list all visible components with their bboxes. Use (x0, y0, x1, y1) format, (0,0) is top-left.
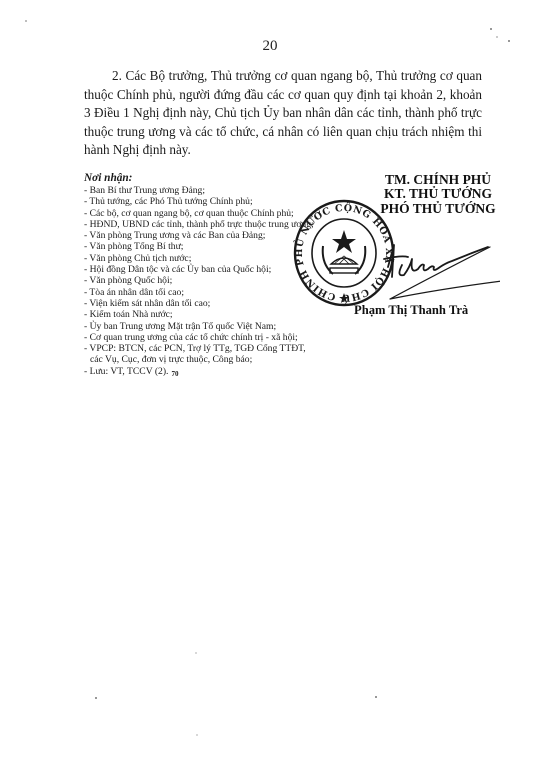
recipient-item: - HĐND, UBND các tỉnh, thành phố trực th… (84, 219, 324, 230)
recipient-item: - Văn phòng Chủ tịch nước; (84, 253, 324, 264)
recipient-item: - Ủy ban Trung ương Mặt trận Tổ quốc Việ… (84, 321, 324, 332)
scan-speck (496, 36, 498, 38)
body-paragraph: 2. Các Bộ trưởng, Thủ trưởng cơ quan nga… (84, 67, 482, 160)
handwritten-note: 70 (171, 370, 178, 378)
archive-text: - Lưu: VT, TCCV (2). (84, 366, 168, 377)
scan-speck (95, 697, 97, 699)
archive-line: - Lưu: VT, TCCV (2).70 (84, 366, 324, 380)
recipient-item: - Văn phòng Tổng Bí thư; (84, 241, 324, 252)
recipient-item: - Viện kiểm sát nhân dân tối cao; (84, 298, 324, 309)
recipient-item: - VPCP: BTCN, các PCN, Trợ lý TTg, TGĐ C… (84, 343, 324, 354)
recipients-list: Nơi nhận: - Ban Bí thư Trung ương Đảng; … (84, 172, 324, 380)
recipients-heading: Nơi nhận: (84, 172, 324, 184)
body-paragraph-text: 2. Các Bộ trưởng, Thủ trưởng cơ quan nga… (84, 68, 482, 157)
recipient-item: - Văn phòng Quốc hội; (84, 275, 324, 286)
page-number: 20 (0, 38, 540, 55)
recipient-item: - Tòa án nhân dân tối cao; (84, 287, 324, 298)
scan-speck (508, 40, 510, 42)
scan-speck (196, 734, 198, 736)
recipient-item-continuation: các Vụ, Cục, đơn vị trực thuộc, Công báo… (84, 354, 324, 365)
scan-speck (25, 20, 27, 22)
recipient-item: - Văn phòng Trung ương và các Ban của Đả… (84, 230, 324, 241)
scan-speck (195, 652, 197, 654)
handwritten-signature-icon (380, 237, 500, 307)
recipient-item: - Các bộ, cơ quan ngang bộ, cơ quan thuộ… (84, 208, 324, 219)
signer-name: Phạm Thị Thanh Trà (354, 303, 468, 318)
recipient-item: - Thủ tướng, các Phó Thủ tướng Chính phủ… (84, 196, 324, 207)
recipient-item: - Ban Bí thư Trung ương Đảng; (84, 185, 324, 196)
signature-title-line1: TM. CHÍNH PHỦ (362, 173, 514, 187)
recipient-item: - Cơ quan trung ương của các tổ chức chí… (84, 332, 324, 343)
scan-speck (490, 28, 492, 30)
scan-speck (375, 696, 377, 698)
recipient-item: - Hội đồng Dân tộc và các Ủy ban của Quố… (84, 264, 324, 275)
recipient-item: - Kiểm toán Nhà nước; (84, 309, 324, 320)
